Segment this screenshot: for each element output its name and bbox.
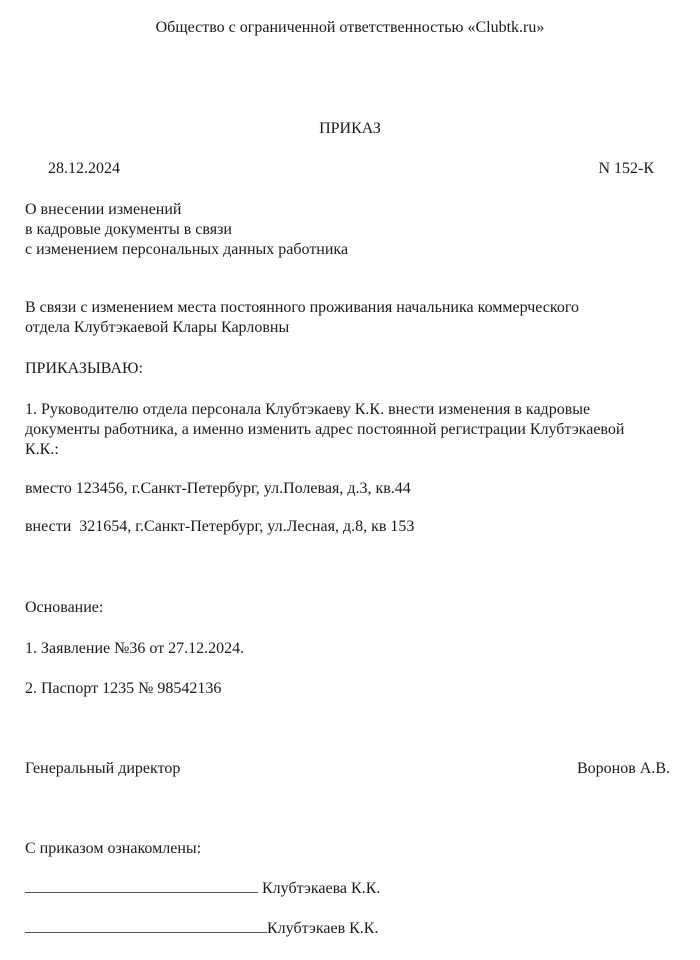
order-number: N 152-К (598, 159, 654, 179)
basis-item: 1. Заявление №36 от 27.12.2024. (25, 639, 244, 659)
basis-item: 2. Паспорт 1235 № 98542136 (25, 679, 221, 699)
acknowledgment-row: Клубтэкаев К.К. (25, 918, 378, 939)
acknowledgment-row: Клубтэкаева К.К. (25, 878, 380, 899)
order-title: ПРИКАЗ (0, 119, 700, 139)
directive: ПРИКАЗЫВАЮ: (25, 359, 143, 379)
signature-position: Генеральный директор (25, 759, 180, 779)
signature-line (25, 878, 258, 893)
address-old: вместо 123456, г.Санкт-Петербург, ул.Пол… (25, 479, 411, 499)
preamble-line: В связи с изменением места постоянного п… (25, 298, 579, 318)
subject-line: в кадровые документы в связи (25, 220, 348, 240)
signature-line (25, 918, 267, 933)
signature-name: Воронов А.В. (577, 759, 670, 779)
subject-line: О внесении изменений (25, 200, 348, 220)
basis-label: Основание: (25, 598, 103, 618)
address-new: внести 321654, г.Санкт-Петербург, ул.Лес… (25, 517, 414, 537)
item-1-line: документы работника, а именно изменить а… (25, 420, 624, 440)
preamble-line: отдела Клубтэкаевой Клары Карловны (25, 318, 579, 338)
signatory-name: Клубтэкаев К.К. (267, 920, 378, 937)
subject-block: О внесении изменений в кадровые документ… (25, 200, 348, 260)
item-1-line: 1. Руководителю отдела персонала Клубтэк… (25, 400, 624, 420)
subject-line: с изменением персональных данных работни… (25, 240, 348, 260)
item-1: 1. Руководителю отдела персонала Клубтэк… (25, 400, 624, 460)
organization-header: Общество с ограниченной ответственностью… (0, 18, 700, 38)
preamble: В связи с изменением места постоянного п… (25, 298, 579, 338)
acknowledgment-label: С приказом ознакомлены: (25, 839, 201, 859)
order-date: 28.12.2024 (48, 159, 120, 179)
signatory-name: Клубтэкаева К.К. (262, 880, 380, 897)
item-1-line: К.К.: (25, 440, 624, 460)
